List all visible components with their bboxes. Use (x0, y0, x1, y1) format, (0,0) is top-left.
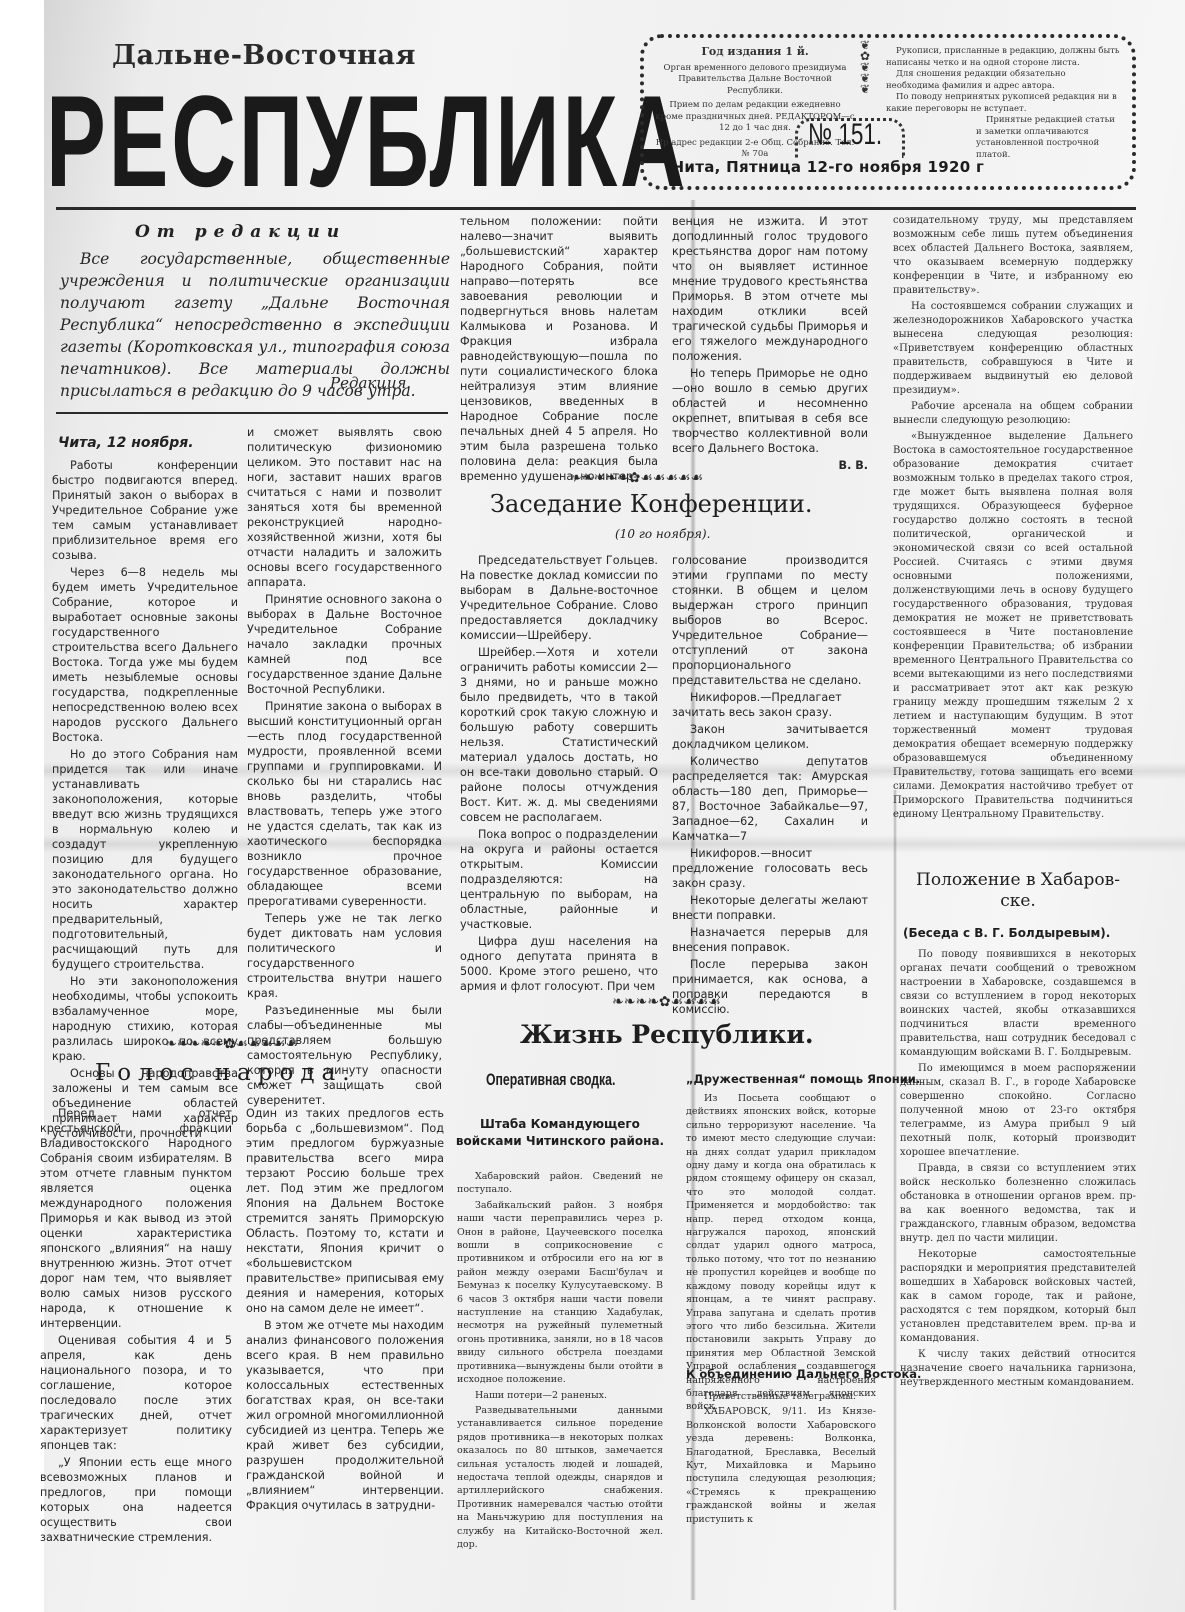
paragraph: По поводу появившихся в некоторых органа… (900, 948, 1136, 1060)
paragraph: Забайкальский район. 3 ноября наши части… (457, 1199, 663, 1387)
heading-line: ске. (1000, 891, 1036, 911)
paragraph: Председательствует Гольцев. На повестке … (460, 553, 658, 643)
paragraph: Некоторые делегаты желают внести поправк… (672, 893, 868, 923)
paragraph: Рабочие арсенала на общем собрании вынес… (893, 400, 1133, 428)
year-of-publication: Год издания 1 й. (655, 46, 855, 58)
paragraph: Один из таких предлогов есть борьба с „б… (246, 1106, 444, 1316)
paragraph: Никифоров.—вносит предложение голосовать… (672, 846, 868, 891)
conference-date: (10 го ноября). (615, 527, 710, 541)
masthead-subtitle: Дальне-Восточная (112, 40, 416, 71)
paragraph: Количество депутатов распределяется так:… (672, 754, 868, 844)
paragraph: Шрейбер.—Хотя и хотели ограничить работы… (460, 645, 658, 825)
khabarovsk-article: По поводу появившихся в некоторых органа… (900, 948, 1136, 1392)
lead-article-column-2: и сможет выявлять свою политическую физи… (247, 425, 442, 1110)
editorial-signature: Редакция. (330, 374, 411, 392)
masthead-dateline: Чита, Пятница 12-го ноября 1920 г (672, 158, 984, 176)
voice-heading: Голос народа. (95, 1060, 357, 1086)
conference-heading: Заседание Конференции. (490, 490, 812, 518)
paragraph: На состоявшемся собрании служащих и желе… (893, 300, 1133, 398)
paragraph: Оценивая события 4 и 5 апреля, как день … (40, 1333, 232, 1453)
republic-life-heading: Жизнь Республики. (520, 1020, 814, 1049)
paragraph: Назначается перерыв для внесения поправо… (672, 925, 868, 955)
operational-report-subtitle: Штаба Командующего войсками Читинского р… (455, 1116, 665, 1150)
paragraph: К числу таких действий относится назначе… (900, 1348, 1136, 1390)
paragraph: Из Посьета сообщают о действиях японских… (686, 1092, 876, 1414)
paragraph: и сможет выявлять свою политическую физи… (247, 425, 442, 590)
paragraph: Через 6—8 недель мы будем иметь Учредите… (52, 565, 238, 745)
paragraph: Принятие основного закона о выборах в Да… (247, 592, 442, 697)
voice-column-1: Перед нами отчет крестьянской фракции Вл… (40, 1106, 232, 1547)
paragraph: голосование производится этими группами … (672, 553, 868, 688)
paragraph: Цифра душ населения на одного депутата п… (460, 934, 658, 994)
paragraph: Перед нами отчет крестьянской фракции Вл… (40, 1106, 232, 1331)
floral-ornament-icon: ❦✿❦❦❦ (855, 40, 875, 110)
paragraph: тельном положении: пойти налево—значит в… (460, 214, 658, 484)
paragraph: Разъединенные мы были слабы—объединенные… (247, 1003, 442, 1108)
editorial-heading: От редакции (135, 222, 346, 242)
rule-text: Рукописи, присланные в редакцию, должны … (886, 46, 1121, 69)
paragraph: Закон зачитывается докладчиком целиком. (672, 722, 868, 752)
continued-column-4: венция не изжита. И этот доподлинный гол… (672, 214, 868, 475)
voice-column-2: Один из таких предлогов есть борьба с „б… (246, 1106, 444, 1515)
masthead-title: РЕСПУБЛИКА (46, 76, 687, 206)
paragraph: венция не изжита. И этот доподлинный гол… (672, 214, 868, 364)
paragraph: ХАБАРОВСК, 9/11. Из Князе-Волконской вол… (686, 1405, 876, 1526)
operational-report-body: Хабаровский район. Сведений не поступало… (457, 1170, 663, 1553)
issue-number: № 151. (808, 118, 882, 152)
paragraph: созидательному труду, мы представляем во… (893, 214, 1133, 298)
paragraph: Но теперь Приморье не одно—оно вошло в с… (672, 366, 868, 456)
organ-statement: Орган временного делового президиума Пра… (655, 63, 855, 98)
masthead-rule (56, 207, 1136, 210)
paragraph: Теперь уже не так легко будет диктовать … (247, 911, 442, 1001)
unification-heading: К объединению Дальнего Востока. (686, 1367, 921, 1381)
ornamental-divider: ❧❧❧❧✿☙☙☙☙ (612, 994, 721, 1010)
ornamental-divider: ❧❧❧❧❧✿☙☙☙☙☙ (570, 470, 703, 486)
rule-text: Принятые редакцией статьи и заметки опла… (886, 115, 1121, 161)
rule-text: По поводу непринятых рукописей редакция … (886, 92, 1121, 115)
right-column-resolutions: созидательному труду, мы представляем во… (893, 214, 1133, 824)
rule-text: Для сношения редакции обязательно необхо… (886, 69, 1121, 92)
paragraph: „У Японии есть еще много всевозможных пл… (40, 1455, 232, 1545)
paragraph: По имеющимся в моем распоряжении данным,… (900, 1062, 1136, 1160)
paragraph: Разведывательными данными устанавливаетс… (457, 1404, 663, 1551)
paragraph: Хабаровский район. Сведений не поступало… (457, 1170, 663, 1197)
operational-report-heading: Оперативная сводка. (486, 1070, 615, 1090)
paragraph: Приветственные телеграммы. (686, 1390, 876, 1403)
submission-rules: Рукописи, присланные в редакцию, должны … (886, 46, 1121, 161)
paragraph: Принятие закона о выборах в высший конст… (247, 699, 442, 909)
paragraph: Никифоров.—Предлагает зачитать весь зако… (672, 690, 868, 720)
paragraph: Наши потери—2 раненых. (457, 1389, 663, 1402)
paragraph: «Вынужденное выделение Дальнего Востока … (893, 430, 1133, 822)
section-rule (56, 412, 448, 414)
continued-column-3: тельном положении: пойти налево—значит в… (460, 214, 658, 486)
paragraph: Некоторые самостоятельные распорядки и м… (900, 1248, 1136, 1346)
conference-column-1: Председательствует Гольцев. На повестке … (460, 553, 658, 996)
lead-article-dateline: Чита, 12 ноября. (58, 435, 194, 451)
paragraph: В этом же отчете мы находим анализ финан… (246, 1318, 444, 1513)
khabarovsk-heading: Положение в Хабаров- ске. (903, 870, 1133, 912)
paragraph: Пока вопрос о подразделении на округа и … (460, 827, 658, 932)
khabarovsk-subtitle: (Беседа с В. Г. Болдыревым). (903, 926, 1110, 940)
paragraph: Работы конференции быстро подвигаются вп… (52, 458, 238, 563)
heading-line: Положение в Хабаров- (916, 870, 1120, 890)
ornamental-divider: ❧❧❧❧❧✿☙☙☙☙☙ (165, 1036, 298, 1052)
paragraph: Но до этого Собрания нам придется так ил… (52, 747, 238, 972)
unification-body: Приветственные телеграммы. ХАБАРОВСК, 9/… (686, 1390, 876, 1528)
conference-column-2: голосование производится этими группами … (672, 553, 868, 1019)
japan-help-heading: „Дружественная“ помощь Японии. (686, 1072, 920, 1086)
paragraph: Правда, в связи со вступлением этих войс… (900, 1162, 1136, 1246)
paper-crease (893, 790, 897, 1610)
